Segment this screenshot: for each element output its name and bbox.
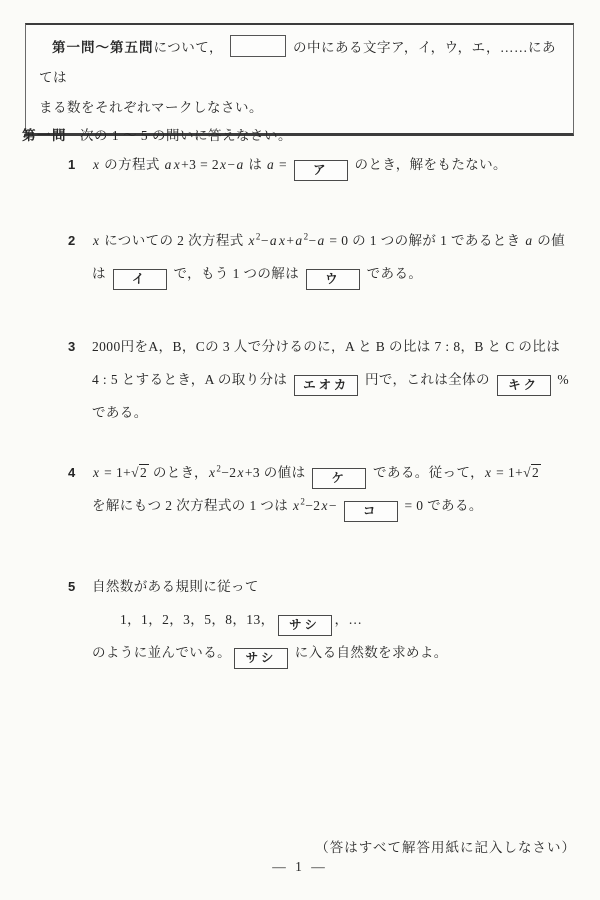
text-run: の値	[533, 233, 565, 248]
answer-box: サシ	[278, 615, 332, 636]
question-item: 32000円をA，B，Cの 3 人で分けるのに，A と B の比は 7 : 8，…	[68, 330, 578, 429]
text-run: の方程式	[100, 157, 163, 172]
text-run: 2000円をA，B，Cの 3 人で分けるのに，A と B の比は 7 : 8，B…	[92, 339, 560, 354]
math-variable: a	[235, 157, 244, 172]
math-variable: x	[173, 157, 181, 172]
text-run: = 1+	[492, 465, 523, 480]
text-run: 4 : 5 とするとき，A の取り分は	[92, 372, 291, 387]
text-run: 自然数がある規則に従って	[92, 579, 259, 594]
question-number: 1	[68, 148, 92, 181]
instruction-box: 第一問～第五問について，の中にある文字ア，イ，ウ，エ，……にあては まる数をそれ…	[25, 23, 574, 136]
question-text: x についての 2 次方程式 x2−ax+a2−a = 0 の 1 つの解が 1…	[92, 224, 578, 290]
page-number: — 1 —	[0, 859, 600, 875]
math-variable: a	[316, 233, 325, 248]
text-run: に入る自然数を求めよ。	[291, 645, 448, 660]
question-line: x についての 2 次方程式 x2−ax+a2−a = 0 の 1 つの解が 1…	[92, 224, 578, 257]
math-variable: x	[320, 498, 328, 513]
instruction-lead-rest: について，	[154, 40, 223, 55]
answer-box: ケ	[312, 468, 366, 489]
question-text: 自然数がある規則に従って1，1，2，3，5，8，13，サシ，…のように並んでいる…	[92, 570, 578, 669]
text-run: −2	[305, 498, 320, 513]
question-number: 3	[68, 330, 92, 429]
answer-box: コ	[344, 501, 398, 522]
question-item: 1x の方程式 ax+3 = 2x−a は a = ア のとき，解をもたない。	[68, 148, 578, 181]
section-title: 第一問	[22, 128, 67, 143]
text-run: 円で，これは全体の	[361, 372, 493, 387]
instruction-line-1: 第一問～第五問について，の中にある文字ア，イ，ウ，エ，……にあては	[39, 33, 560, 93]
math-variable: a	[266, 157, 275, 172]
question-line: を解にもつ 2 次方程式の 1 つは x2−2x− コ = 0 である。	[92, 489, 578, 522]
math-power: x2	[292, 498, 305, 513]
math-power: a2	[294, 233, 308, 248]
text-run: を解にもつ 2 次方程式の 1 つは	[92, 498, 292, 513]
question-line: である。	[92, 396, 578, 429]
question-line: は イ で，もう 1 つの解は ウ である。	[92, 257, 578, 290]
text-run: は	[92, 266, 110, 281]
answer-box: サシ	[234, 648, 288, 669]
question-line: 自然数がある規則に従って	[92, 570, 578, 603]
math-power: x2	[248, 233, 261, 248]
text-run: ，…	[335, 612, 363, 627]
text-run: +3 の値は	[245, 465, 309, 480]
sqrt-expression: √2	[131, 464, 149, 480]
text-run: のように並んでいる。	[92, 645, 231, 660]
question-text: 2000円をA，B，Cの 3 人で分けるのに，A と B の比は 7 : 8，B…	[92, 330, 578, 429]
question-line: 4 : 5 とするとき，A の取り分は エオカ 円で，これは全体の キク %	[92, 363, 578, 396]
text-run: のとき，解をもたない。	[351, 157, 507, 172]
question-line: 1，1，2，3，5，8，13，サシ，…	[92, 603, 578, 636]
question-number: 2	[68, 224, 92, 290]
section-heading: 第一問次の 1 ～ 5 の問いに答えなさい。	[22, 124, 292, 144]
text-run: である。	[363, 266, 422, 281]
text-run: 1，1，2，3，5，8，13，	[120, 612, 275, 627]
text-run: で，もう 1 つの解は	[170, 266, 303, 281]
text-run: である。	[92, 405, 148, 420]
question-item: 2x についての 2 次方程式 x2−ax+a2−a = 0 の 1 つの解が …	[68, 224, 578, 290]
question-line: のように並んでいる。サシ に入る自然数を求めよ。	[92, 636, 578, 669]
math-variable: x	[248, 233, 256, 248]
question-number: 4	[68, 456, 92, 522]
question-item: 5自然数がある規則に従って1，1，2，3，5，8，13，サシ，…のように並んでい…	[68, 570, 578, 669]
text-run: −2	[221, 465, 236, 480]
instruction-bold-lead: 第一問～第五問	[52, 40, 154, 55]
math-variable: a	[294, 233, 303, 248]
text-run: −	[261, 233, 269, 248]
text-run: %	[554, 372, 569, 387]
question-line: 2000円をA，B，Cの 3 人で分けるのに，A と B の比は 7 : 8，B…	[92, 330, 578, 363]
math-variable: a	[164, 157, 173, 172]
sqrt-radicand: 2	[139, 464, 149, 480]
text-run: −	[329, 498, 341, 513]
math-variable: x	[236, 465, 244, 480]
sqrt-expression: √2	[523, 464, 541, 480]
answer-box: キク	[497, 375, 551, 396]
answer-box: ア	[294, 160, 348, 181]
question-number: 5	[68, 570, 92, 669]
question-line: x の方程式 ax+3 = 2x−a は a = ア のとき，解をもたない。	[92, 148, 578, 181]
text-run: = 0 である。	[401, 498, 483, 513]
text-run: =	[275, 157, 291, 172]
math-power: x2	[208, 465, 221, 480]
blank-answer-box	[230, 35, 286, 57]
question-text: x の方程式 ax+3 = 2x−a は a = ア のとき，解をもたない。	[92, 148, 578, 181]
sqrt-radicand: 2	[531, 464, 541, 480]
text-run: についての 2 次方程式	[100, 233, 247, 248]
text-run: = 1+	[100, 465, 131, 480]
text-run: は	[245, 157, 266, 172]
footer-note: （答はすべて解答用紙に記入しなさい）	[315, 836, 576, 856]
instruction-line-2: まる数をそれぞれマークしなさい。	[39, 93, 560, 123]
text-run: である。従って，	[369, 465, 484, 480]
answer-box: ウ	[306, 269, 360, 290]
answer-box: エオカ	[294, 375, 358, 396]
math-variable: a	[269, 233, 278, 248]
question-text: x = 1+√2 のとき，x2−2x+3 の値は ケ である。従って，x = 1…	[92, 456, 578, 522]
question-line: x = 1+√2 のとき，x2−2x+3 の値は ケ である。従って，x = 1…	[92, 456, 578, 489]
question-item: 4x = 1+√2 のとき，x2−2x+3 の値は ケ である。従って，x = …	[68, 456, 578, 522]
section-intro: 次の 1 ～ 5 の問いに答えなさい。	[80, 128, 292, 143]
answer-box: イ	[113, 269, 167, 290]
text-run: +3 = 2	[181, 157, 219, 172]
text-run: = 0 の 1 つの解が 1 であるとき	[326, 233, 525, 248]
text-run: のとき，	[149, 465, 208, 480]
